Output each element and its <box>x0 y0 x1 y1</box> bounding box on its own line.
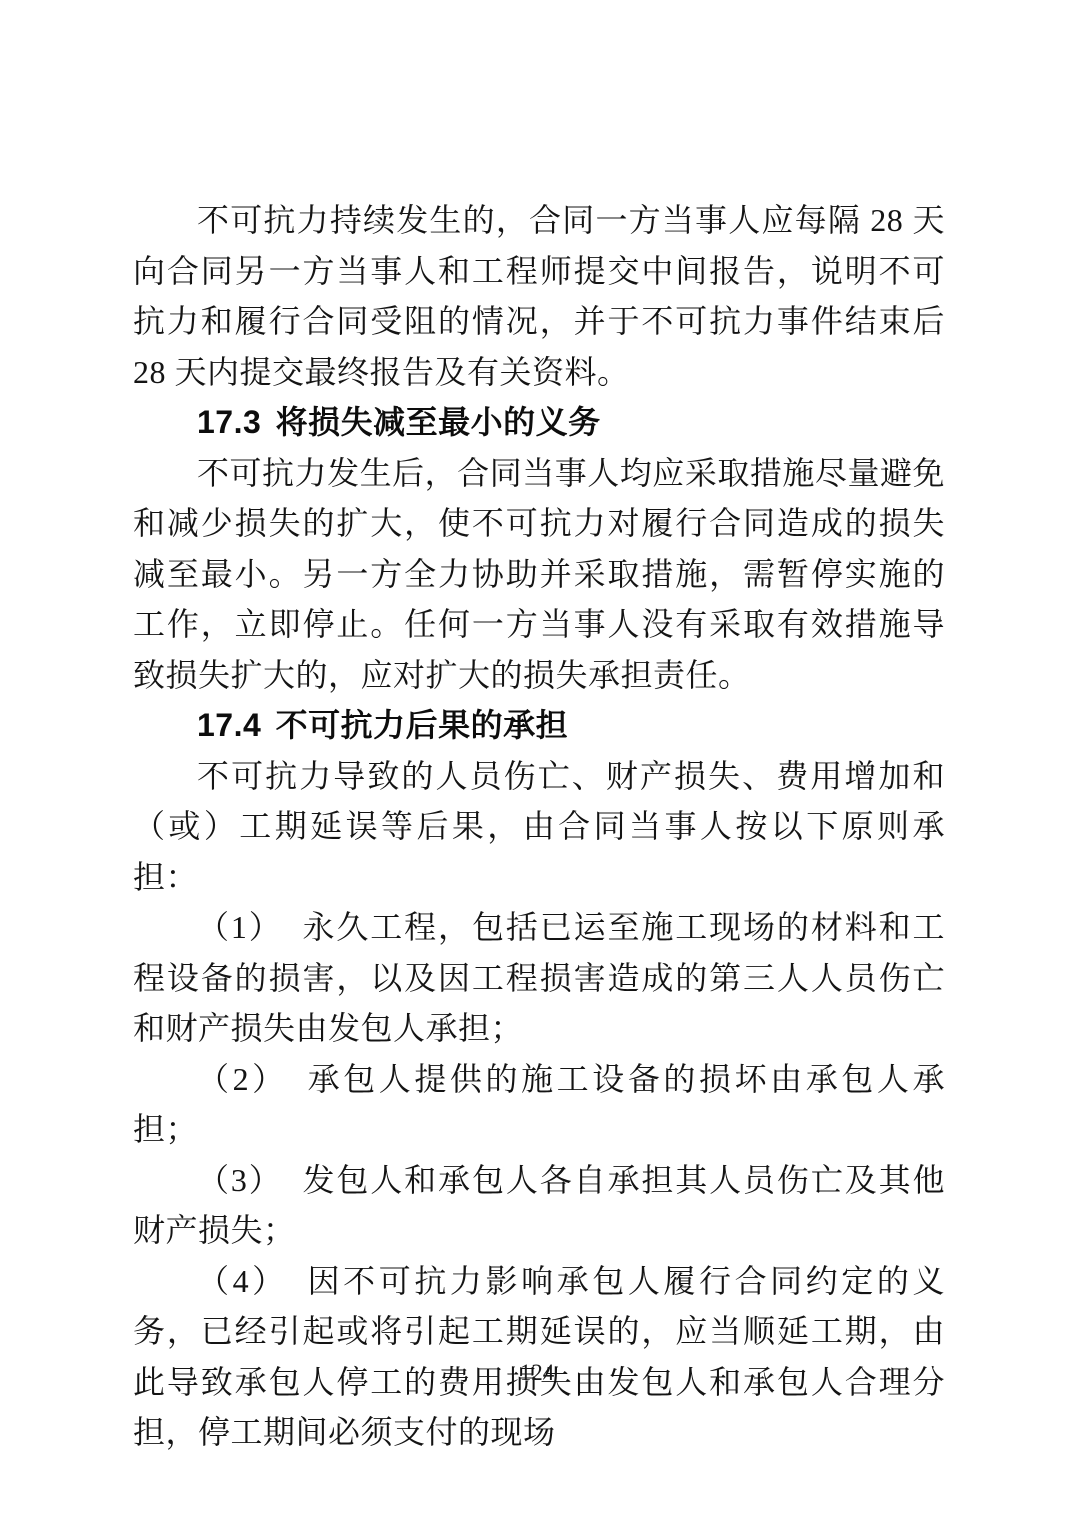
section-title: 将损失减至最小的义务 <box>276 404 601 440</box>
list-item-marker: （4） <box>197 1263 288 1299</box>
list-item-marker: （1） <box>197 909 283 945</box>
page-number: 124 <box>0 1360 1074 1386</box>
list-item-2: （2）承包人提供的施工设备的损坏由承包人承担； <box>133 1054 945 1155</box>
paragraph-loss-mitigation-duty: 不可抗力发生后，合同当事人均应采取措施尽量避免和减少损失的扩大，使不可抗力对履行… <box>133 448 945 701</box>
section-number: 17.4 <box>197 707 261 743</box>
list-item-marker: （3） <box>197 1162 283 1198</box>
paragraph-force-majeure-interim-reports: 不可抗力持续发生的，合同一方当事人应每隔 28 天向合同另一方当事人和工程师提交… <box>133 195 945 397</box>
section-heading-17-3: 17.3将损失减至最小的义务 <box>133 397 945 448</box>
section-title: 不可抗力后果的承担 <box>276 707 569 743</box>
list-item-4: （4）因不可抗力影响承包人履行合同约定的义务，已经引起或将引起工期延误的，应当顺… <box>133 1256 945 1458</box>
section-number: 17.3 <box>197 404 261 440</box>
list-item-1: （1）永久工程，包括已运至施工现场的材料和工程设备的损害，以及因工程损害造成的第… <box>133 902 945 1054</box>
paragraph-consequences-intro: 不可抗力导致的人员伤亡、财产损失、费用增加和（或）工期延误等后果，由合同当事人按… <box>133 751 945 903</box>
document-page: 不可抗力持续发生的，合同一方当事人应每隔 28 天向合同另一方当事人和工程师提交… <box>0 0 1074 1520</box>
section-heading-17-4: 17.4不可抗力后果的承担 <box>133 700 945 751</box>
list-item-3: （3）发包人和承包人各自承担其人员伤亡及其他财产损失； <box>133 1155 945 1256</box>
list-item-marker: （2） <box>197 1061 288 1097</box>
document-body: 不可抗力持续发生的，合同一方当事人应每隔 28 天向合同另一方当事人和工程师提交… <box>133 195 945 1458</box>
